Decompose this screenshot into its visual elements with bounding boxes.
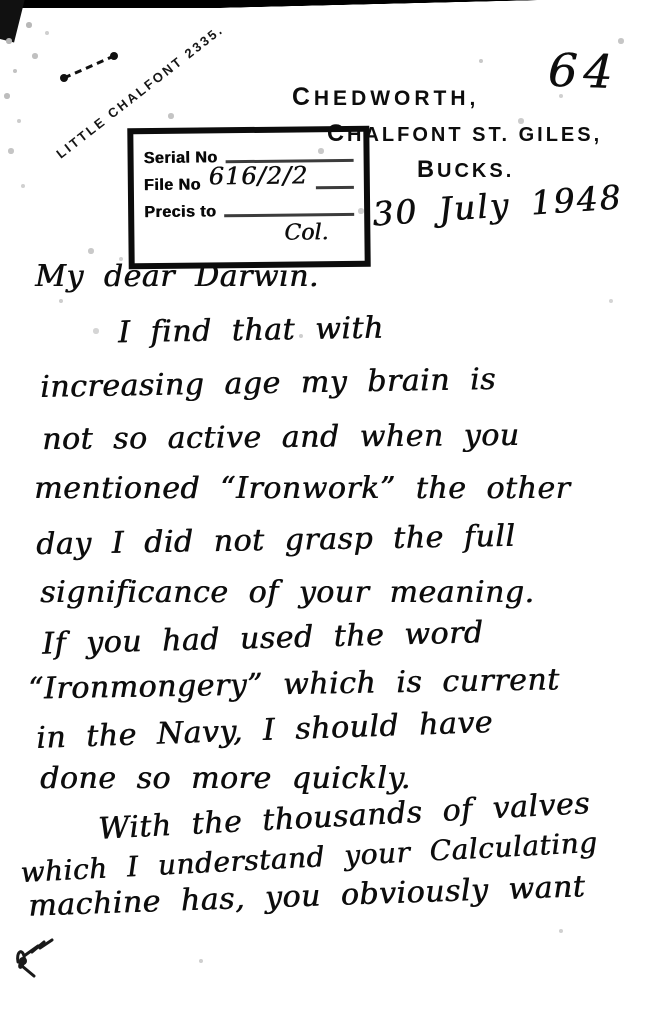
letter-line: mentioned “Ironwork” the other (34, 474, 570, 504)
stamp-file-value: 616/2/2 (208, 161, 308, 190)
letter-line: in the Navy, I should have (36, 708, 494, 754)
stamp-file-label: File No (144, 177, 201, 196)
letter-line: “Ironmongery” which is current (28, 665, 560, 704)
letter-line: I find that with (118, 314, 384, 349)
scan-speckle-noise (0, 0, 2, 2)
stamp-row-file: File No 616/2/2 (144, 166, 356, 195)
letter-line: increasing age my brain is (40, 365, 496, 403)
letter-date: 30 July 1948 (371, 177, 624, 233)
letter-line: significance of your meaning. (40, 578, 534, 608)
stamp-serial-label: Serial No (143, 149, 217, 168)
scan-border-top (0, 0, 650, 8)
ink-smudge (8, 928, 78, 988)
stamp-file-rule (316, 186, 354, 189)
letter-line: done so more quickly. (40, 764, 411, 794)
stamp-precis-rule (224, 213, 354, 217)
stamp-row-precis: Precis to (144, 193, 356, 222)
page-number: 64 (547, 43, 619, 99)
pen-dash-mark (56, 46, 126, 86)
scan-corner-blob (0, 0, 25, 42)
letter-line: If you had used the word (42, 618, 484, 660)
letterhead-county: BUCKS. (417, 157, 514, 184)
stamp-precis-label: Precis to (144, 203, 216, 222)
scanned-letter-page: { "colors": { "ink": "#0d0d0d", "paper":… (0, 0, 650, 1010)
letterhead-town: CHALFONT ST. GILES, (327, 121, 602, 148)
letterhead-house: CHEDWORTH, (292, 84, 479, 112)
stamp-precis-value: Col. (144, 220, 356, 247)
letter-line: not so active and when you (42, 421, 520, 455)
letter-salutation: My dear Darwin. (35, 262, 319, 292)
letter-line: day I did not grasp the full (36, 522, 516, 560)
